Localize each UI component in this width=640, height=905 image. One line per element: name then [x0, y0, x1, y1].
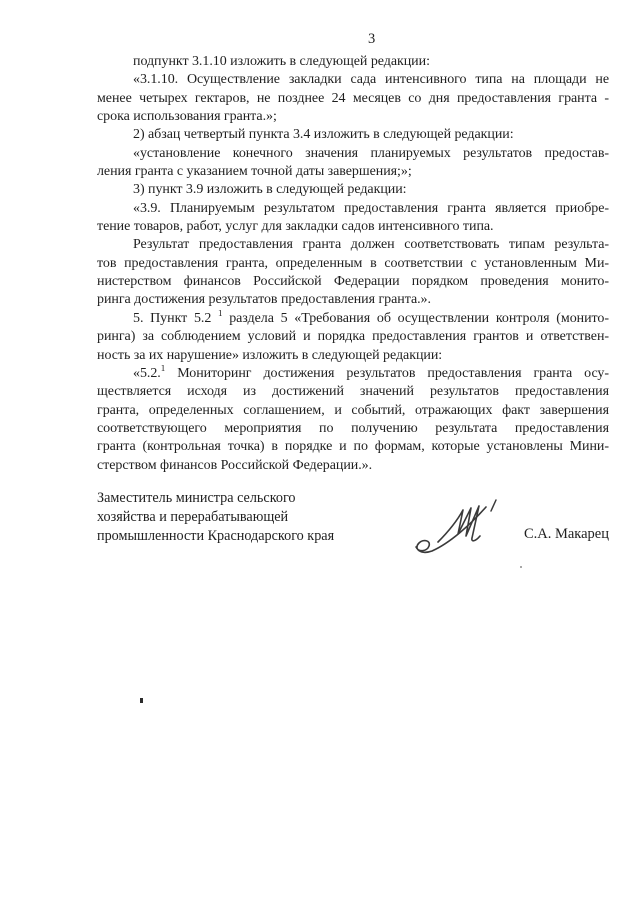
text-line: 5. Пункт 5.2 1 раздела 5 «Требования об … — [97, 310, 609, 328]
signatory-name: С.А. Макарец — [469, 526, 609, 543]
text-line: ринга) за соблюдением условий и порядка … — [97, 328, 609, 346]
text-line: тение товаров, работ, услуг для закладки… — [97, 218, 609, 236]
text-line: «3.9. Планируемым результатом предоставл… — [97, 200, 609, 218]
text-line: ления гранта с указанием точной даты зав… — [97, 163, 609, 181]
text-line: ществляется исходя из достижений значени… — [97, 383, 609, 401]
signatory-title-line: хозяйства и перерабатывающей — [97, 508, 397, 527]
text-line: подпункт 3.1.10 изложить в следующей ред… — [97, 53, 609, 71]
text-line: менее четырех гектаров, не позднее 24 ме… — [97, 90, 609, 108]
text-segment: «5.2. — [133, 366, 161, 381]
document-page: 3 подпункт 3.1.10 изложить в следующей р… — [0, 0, 640, 905]
signatory-title-line: промышленности Краснодарского края — [97, 527, 397, 546]
text-line: «5.2.1 Мониторинг достижения результатов… — [97, 365, 609, 383]
text-line: Результат предоставления гранта должен с… — [97, 236, 609, 254]
page-number: 3 — [368, 31, 375, 48]
text-line: стерством финансов Российской Федерации.… — [97, 457, 609, 475]
text-line: 2) абзац четвертый пункта 3.4 изложить в… — [97, 126, 609, 144]
text-segment: 5. Пункт 5.2 — [133, 311, 218, 326]
scan-artifact-dot — [520, 566, 522, 568]
text-segment: раздела 5 «Требования об осуществлении к… — [222, 311, 609, 326]
signatory-title-line: Заместитель министра сельского — [97, 489, 397, 508]
text-line: 3) пункт 3.9 изложить в следующей редакц… — [97, 181, 609, 199]
text-line: соответствующего мероприятия по получени… — [97, 420, 609, 438]
text-line: гранта (контрольная точка) в порядке и п… — [97, 438, 609, 456]
text-line: ринга достижения результатов предоставле… — [97, 291, 609, 309]
text-segment: Мониторинг достижения результатов предос… — [165, 366, 609, 381]
text-line: нистерством финансов Российской Федераци… — [97, 273, 609, 291]
scan-artifact-dot — [140, 698, 143, 703]
text-line: гранта, определенных соглашением, и собы… — [97, 402, 609, 420]
document-body: подпункт 3.1.10 изложить в следующей ред… — [97, 53, 609, 475]
text-line: тов предоставления гранта, определенным … — [97, 255, 609, 273]
text-line: ность за их нарушение» изложить в следую… — [97, 347, 609, 365]
text-line: «3.1.10. Осуществление закладки сада инт… — [97, 71, 609, 89]
text-line: срока использования гранта.»; — [97, 108, 609, 126]
text-line: «установление конечного значения планиру… — [97, 145, 609, 163]
signatory-title: Заместитель министра сельского хозяйства… — [97, 489, 397, 547]
